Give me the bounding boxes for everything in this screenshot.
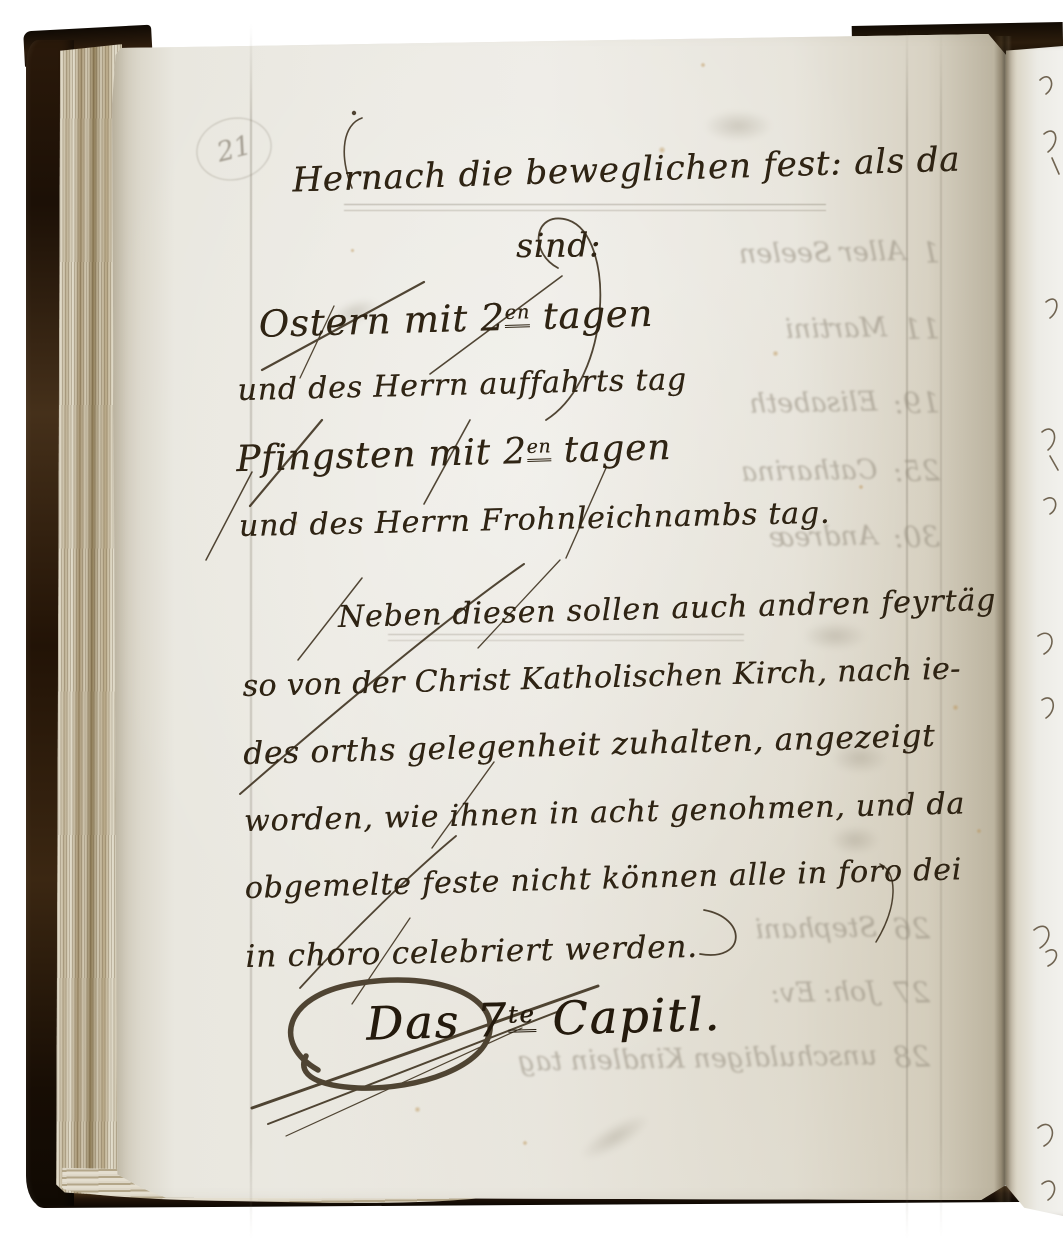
line-text: tagen [530, 292, 654, 338]
paragraph-line: Neben diesen sollen auch andren feyrtäg [337, 583, 996, 635]
heading-line: sind: [516, 225, 601, 265]
facing-page-sliver [1006, 46, 1063, 1216]
superscript: en [526, 436, 551, 462]
line-text: Ostern mit 2 [258, 296, 505, 346]
paragraph-line: des orths gelegenheit zuhalten, angezeig… [243, 718, 936, 772]
paragraph-line: worden, wie ihnen in acht genohmen, und … [244, 786, 966, 839]
feast-list-line: Pfingsten mit 2en tagen [236, 427, 672, 480]
superscript: en [504, 301, 530, 329]
feast-list-line: und des Herrn auffahrts tag [237, 362, 687, 408]
line-text: Pfingsten mit 2 [236, 431, 528, 480]
line-text: Capitl. [535, 987, 722, 1046]
line-text: Das 7 [365, 993, 508, 1051]
chapter-heading: Das 7te Capitl. [365, 987, 721, 1051]
heading-line: Hernach die beweglichen fest: als da [292, 140, 961, 201]
handwritten-text-block: Hernach die beweglichen fest: als da sin… [0, 0, 1063, 1260]
paragraph-line: obgemelte feste nicht können alle in for… [244, 852, 962, 906]
feast-list-line: und des Herrn Frohnleichnambs tag. [239, 496, 831, 544]
superscript: te [507, 1000, 536, 1033]
photo-open-manuscript-book: 21 1 Aller Seelen 11 Martini 19: Elisabe… [0, 0, 1063, 1260]
line-text: tagen [551, 427, 672, 471]
paragraph-line: in choro celebriert werden. [245, 929, 698, 975]
paragraph-line: so von der Christ Katholischen Kirch, na… [242, 651, 961, 704]
feast-list-line: Ostern mit 2en tagen [258, 292, 653, 346]
